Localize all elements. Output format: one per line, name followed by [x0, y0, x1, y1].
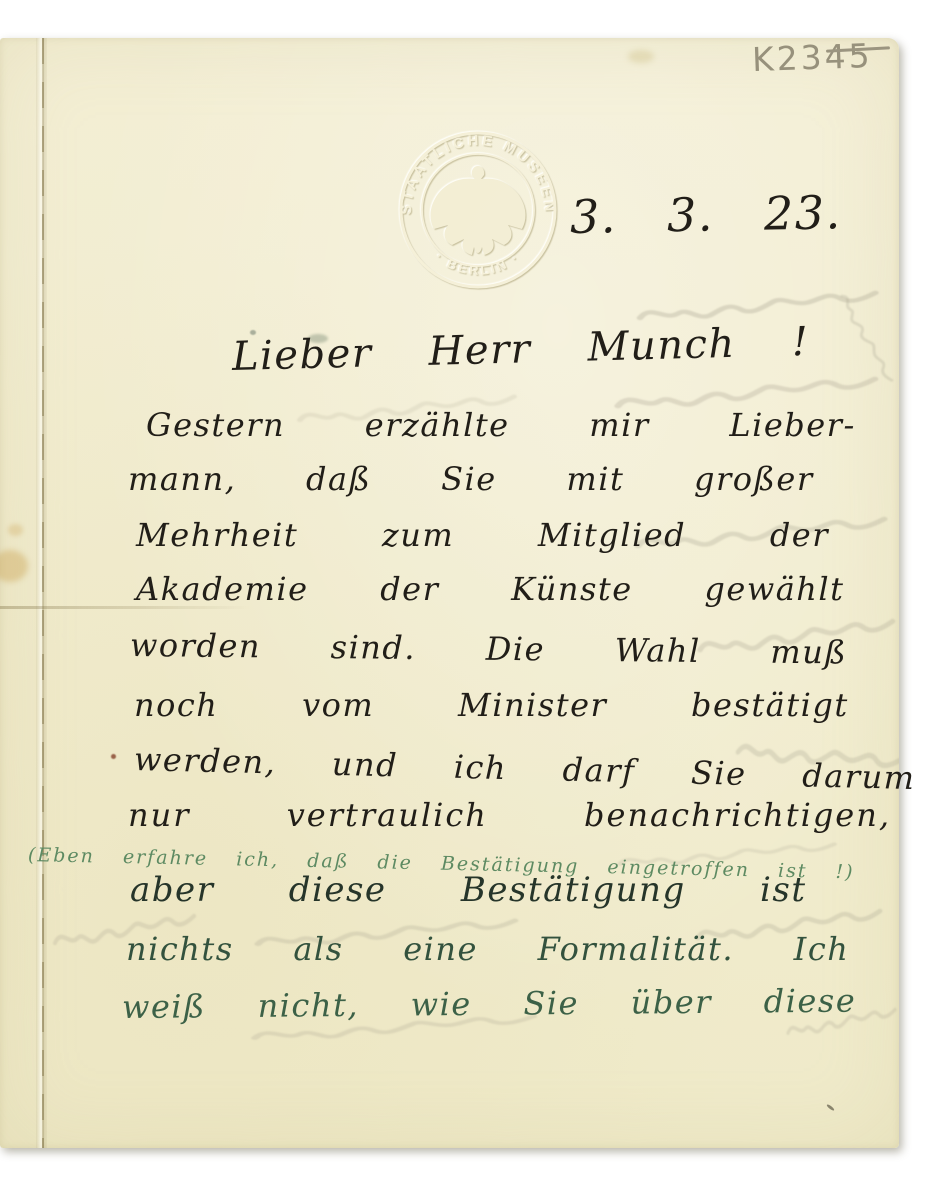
embossed-seal: STAATLICHE MUSEEN · BERLIN · [394, 126, 562, 294]
eagle-icon [431, 166, 526, 255]
body-line: nichts als eine Formalität. Ich [126, 930, 849, 968]
body-line: Mehrheit zum Mitglied der [136, 516, 829, 554]
body-line: noch vom Minister bestätigt [134, 686, 849, 724]
archive-number: K2345 [751, 36, 873, 79]
body-line: aber diese Bestätigung ist [130, 870, 807, 910]
seal-bottom-text: · BERLIN · [433, 249, 523, 278]
body-line: weiß nicht, wie Sie über diese [122, 982, 857, 1026]
ink-speck [111, 754, 116, 759]
scan-background: STAATLICHE MUSEEN · BERLIN · K2345 3. 3.… [0, 0, 950, 1185]
vertical-fold-line [42, 38, 44, 1148]
body-line: Gestern erzählte mir Lieber- [146, 406, 856, 444]
letter-date: 3. 3. 23. [570, 185, 843, 244]
body-line: mann, daß Sie mit großer [128, 460, 814, 498]
svg-text:· BERLIN ·: · BERLIN · [433, 249, 523, 278]
foxing-stain [628, 50, 654, 63]
body-line: worden sind. Die Wahl muß [130, 626, 848, 672]
body-line: Akademie der Künste gewählt [136, 570, 844, 608]
foxing-stain [8, 524, 23, 536]
letter-page: STAATLICHE MUSEEN · BERLIN · K2345 3. 3.… [0, 38, 899, 1148]
body-line: nur vertraulich benachrichtigen, [128, 796, 891, 834]
